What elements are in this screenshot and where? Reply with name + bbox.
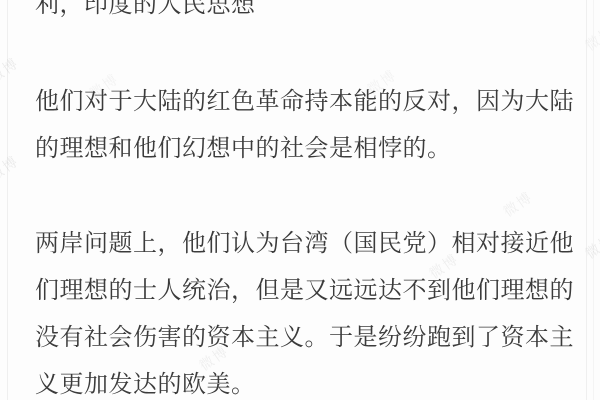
text-line: 义更加发达的欧美。	[35, 361, 575, 400]
paragraph-3: 两岸问题上，他们认为台湾（国民党）相对接近他 们理想的士人统治，但是又远远达不到…	[35, 220, 575, 400]
right-edge-band	[586, 0, 587, 400]
weibo-post-screenshot: 微博 微博 微博 微博 微博 微博 微博 微博 微博 利，印度的人民思想 他们对…	[0, 0, 600, 400]
weibo-watermark: 微博	[0, 151, 23, 186]
text-line: 的理想和他们幻想中的社会是相悖的。	[35, 125, 575, 172]
weibo-watermark: 微博	[0, 53, 23, 88]
text-line: 两岸问题上，他们认为台湾（国民党）相对接近他	[35, 220, 575, 267]
text-line: 们理想的士人统治，但是又远远达不到他们理想的	[35, 267, 575, 314]
paragraph-2: 他们对于大陆的红色革命持本能的反对，因为大陆 的理想和他们幻想中的社会是相悖的。	[35, 78, 575, 172]
weibo-watermark: 微博	[499, 187, 537, 222]
text-line: 他们对于大陆的红色革命持本能的反对，因为大陆	[35, 78, 575, 125]
text-line: 没有社会伤害的资本主义。于是纷纷跑到了资本主	[35, 314, 575, 361]
weibo-watermark: 微博	[581, 229, 600, 264]
paragraph-1: 利，印度的人民思想	[35, 0, 575, 28]
left-edge-band	[7, 0, 8, 400]
text-line: 利，印度的人民思想	[35, 0, 575, 28]
right-edge-band-2	[593, 0, 594, 400]
weibo-watermark: 微博	[581, 21, 600, 56]
